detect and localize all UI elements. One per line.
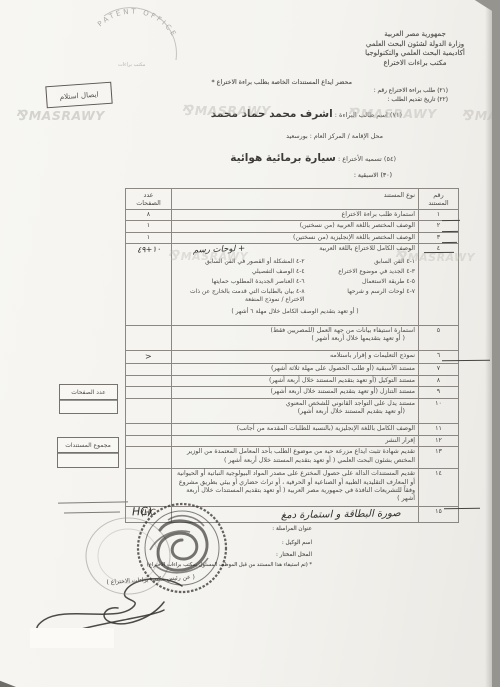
page-count-cell — [126, 398, 172, 423]
watermark-text: MASRAWY — [181, 250, 248, 263]
masrawy-watermark: ⅋MASRAWY — [16, 108, 105, 124]
watermark-text: MASRAWY — [29, 108, 105, 123]
record-title: محضر ايداع المستندات الخاصة بطلب براءة ا… — [196, 79, 352, 86]
sub-item: ٣-٤ الجديد في موضوع الاختراع — [305, 268, 415, 276]
doc-type-text: مستند التوكيل (أو تعهد بتقديم المستند خل… — [175, 377, 415, 385]
page-count-cell — [126, 375, 172, 386]
postal-stamp-icon: PATENT OFFICE مكتب براءات — [78, 0, 208, 85]
receipt-stamp-box: ايصال استلام — [45, 82, 112, 109]
masrawy-watermark: ⅋MASRAWY — [462, 108, 492, 124]
doc-type-header: نوع المستند — [172, 189, 419, 210]
page-count-header: عددالصفحات — [126, 189, 172, 210]
table-row: ٧مستند الأسبقية (أو طلب الحصول على مهلة … — [126, 364, 459, 375]
doc-type-text: إقرار النشر — [175, 437, 415, 445]
doc-type-text: الوصف الكامل باللغة الإنجليزية (بالنسبة … — [175, 425, 415, 433]
handwritten-tick-mark — [442, 231, 458, 232]
doc-type-text: مستند التنازل (أو تعهد بتقديم المستند خل… — [175, 388, 415, 396]
doc-number-cell: ١٢ — [419, 435, 459, 446]
invention-title-value: سيارة برمائية هوائية — [230, 152, 336, 164]
doc-number-cell: ١٣ — [419, 447, 459, 469]
doc-type-cell: الوصف المختصر باللغة العربية (من نسختين) — [172, 221, 419, 232]
residence-value: بورسعيد — [286, 133, 308, 140]
sub-items-right: ١-٤ الفن السابق٣-٤ الجديد في موضوع الاخت… — [305, 258, 415, 306]
letterhead-line: جمهورية مصر العربية — [345, 30, 485, 40]
sub-items-left: ٢-٤ المشكلة أو القصور في الفن السابق٤-٤ … — [175, 258, 305, 306]
masrawy-watermark: ⅋MASRAWY — [168, 248, 248, 264]
page-count-cell: ١٠+٤٩ — [126, 243, 172, 325]
doc-type-cell: مستند يدل على التواجد القانوني للشخص الم… — [172, 398, 419, 423]
sub-item: ٧-٤ لوحات الرسم و شرحها — [305, 288, 415, 296]
masrawy-logo-icon: ⅋ — [182, 103, 195, 119]
handwritten-tick-mark — [442, 242, 457, 243]
handwritten-page-count: ١٠+٤٩ — [136, 244, 160, 256]
table-row: ٩مستند التنازل (أو تعهد بتقديم المستند خ… — [126, 386, 459, 398]
page-count-cell — [126, 386, 172, 398]
doc-type-text: استمارة طلب براءة الاختراع — [175, 211, 415, 219]
documents-total-box-value — [57, 452, 119, 468]
letterhead-line: وزارة الدولة لشئون البحث العلمي — [345, 40, 485, 50]
residence-label: محل الإقامة / المركز العام : — [310, 133, 383, 140]
scan-corner — [0, 678, 16, 687]
whited-out-area — [30, 628, 114, 648]
doc-type-text: نموذج التعليمات و إقرار باستلامه — [175, 352, 415, 360]
masrawy-watermark: ⅋MASRAWY — [182, 103, 271, 119]
masrawy-logo-icon: ⅋ — [348, 106, 361, 122]
page-count-cell — [126, 435, 172, 446]
page-count-cell: ١ — [126, 221, 172, 232]
text-line: الصفحات — [129, 199, 168, 207]
table-row: ٢الوصف المختصر باللغة العربية (من نسختين… — [126, 221, 459, 232]
undertaking-note: ( أو تعهد بتقديم الوصف الكامل خلال مهلة … — [175, 308, 415, 316]
table-row: ١٢إقرار النشر — [126, 435, 459, 446]
handwritten-tick-mark — [442, 220, 460, 221]
scan-background: { "watermark": { "logo": "⅋", "text": "M… — [0, 0, 500, 687]
doc-number-cell: ١٠ — [419, 398, 459, 423]
doc-type-cell: مستند التنازل (أو تعهد بتقديم المستند خل… — [172, 386, 419, 398]
handwritten-tick-mark — [442, 360, 490, 362]
field-priority: (٣٠) الاسبقية : — [334, 172, 392, 179]
masrawy-logo-icon: ⅋ — [395, 249, 408, 265]
field-filing-date: (٢٢) تاريخ تقديم الطلب : — [366, 97, 448, 103]
letterhead: جمهورية مصر العربية وزارة الدولة لشئون ا… — [345, 30, 485, 68]
handwritten-entry: صورة البطاقة و استمارة دمغ — [281, 507, 415, 523]
table-row: ٥استمارة استيفاء بيانات من جهة العمل (لل… — [126, 325, 459, 350]
doc-type-text: مستند الأسبقية (أو طلب الحصول على مهلة ث… — [175, 365, 415, 373]
watermark-text: MASRAWY — [195, 103, 271, 118]
doc-type-text: تقديم شهادة تثبت ايداع مزرعة حية من موضو… — [175, 448, 415, 465]
handwritten-page-count: < — [145, 352, 152, 363]
table-row: ١١الوصف الكامل باللغة الإنجليزية (بالنسب… — [126, 423, 459, 435]
table-row: ٦نموذج التعليمات و إقرار باستلامه< — [126, 350, 459, 364]
doc-number-cell: ٥ — [419, 325, 459, 350]
invention-title-label: (٥٤) تسميه الأختراع : — [338, 155, 396, 163]
page-count-cell: ٨ — [126, 209, 172, 220]
doc-type-cell: الوصف المختصر باللغة الإنجليزية (من نسخت… — [172, 232, 419, 243]
doc-type-cell: مستند الأسبقية (أو طلب الحصول على مهلة ث… — [172, 364, 419, 375]
page-count-cell — [126, 447, 172, 469]
svg-text:PATENT OFFICE: PATENT OFFICE — [96, 7, 178, 39]
doc-type-cell: استمارة طلب براءة الاختراع — [172, 209, 419, 220]
letterhead-line: مكتب براءات الاختراع — [345, 59, 485, 69]
page-count-cell: ١ — [126, 232, 172, 243]
sub-item: ٤-٤ الوصف التفصيلي — [175, 268, 305, 276]
field-residence: محل الإقامة / المركز العام : بورسعيد — [293, 133, 383, 140]
doc-type-cell: استمارة استيفاء بيانات من جهة العمل (للم… — [172, 325, 419, 350]
text-line: المستند — [422, 199, 455, 207]
doc-number-cell: ٧ — [419, 364, 459, 375]
doc-type-cell: نموذج التعليمات و إقرار باستلامه — [172, 350, 419, 364]
postal-stamp-arabic: مكتب براءات — [118, 62, 146, 68]
watermark-text: MASRAWY — [408, 251, 475, 264]
masrawy-logo-icon: ⅋ — [16, 108, 29, 124]
page-count-cell — [126, 423, 172, 435]
masrawy-logo-icon: ⅋ — [168, 248, 181, 264]
sub-item: ٥-٤ طريقة الاستعمال — [305, 278, 415, 286]
undertaking-note: ( أو تعهد بتقديمها خلال أربعة أشهر ) — [175, 335, 415, 343]
text-line: رقم — [422, 191, 455, 199]
field-application-number: (٢١) طلب براءة الاختراع رقم : — [366, 88, 448, 94]
doc-type-text: الوصف المختصر باللغة العربية (من نسختين) — [175, 222, 415, 230]
page-count-cell: < — [126, 350, 172, 364]
doc-type-text: مستند يدل على التواجد القانوني للشخص الم… — [175, 400, 415, 408]
receipt-stamp-text: ايصال استلام — [59, 89, 98, 101]
doc-number-cell: ١١ — [419, 423, 459, 435]
table-row: ٣الوصف المختصر باللغة الإنجليزية (من نسخ… — [126, 232, 459, 243]
official-round-stamp-icon — [50, 468, 280, 598]
scanned-page: ⅋MASRAWY ⅋MASRAWY ⅋MASRAWY ⅋MASRAWY ⅋MAS… — [0, 0, 492, 687]
sub-item: ٦-٤ العناصر الجديدة المطلوب حمايتها — [175, 278, 305, 286]
watermark-text: MASRAWY — [361, 106, 437, 121]
handwritten-hc-mark: HC) — [132, 505, 153, 519]
sub-items: ١-٤ الفن السابق٣-٤ الجديد في موضوع الاخت… — [175, 258, 415, 306]
masrawy-watermark: ⅋MASRAWY — [395, 249, 475, 265]
doc-type-cell: مستند التوكيل (أو تعهد بتقديم المستند خل… — [172, 375, 419, 386]
doc-type-cell: تقديم شهادة تثبت ايداع مزرعة حية من موضو… — [172, 447, 419, 469]
doc-type-cell: الوصف الكامل باللغة الإنجليزية (بالنسبة … — [172, 423, 419, 435]
undertaking-note: (أو تعهد بتقديم المستند خلال أربعة أشهر) — [175, 408, 415, 416]
handwritten-tick-mark — [444, 508, 480, 510]
page-edge-shadow — [485, 0, 492, 687]
doc-number-cell: ٨ — [419, 375, 459, 386]
pages-count-box-value — [59, 399, 118, 414]
table-row: ١استمارة طلب براءة الاختراع٨ — [126, 209, 459, 220]
table-row: ١٣تقديم شهادة تثبت ايداع مزرعة حية من مو… — [126, 447, 459, 469]
doc-type-cell: إقرار النشر — [172, 435, 419, 446]
table-row: ١٠مستند يدل على التواجد القانوني للشخص ا… — [126, 398, 459, 423]
doc-number-header: رقمالمستند — [419, 189, 459, 210]
watermark-text: MASRAWY — [475, 108, 492, 123]
doc-type-text: استمارة استيفاء بيانات من جهة العمل (للم… — [175, 327, 415, 335]
text-line: عدد — [129, 191, 168, 199]
doc-number-cell: ٦ — [419, 350, 459, 364]
field-invention-title: (٥٤) تسميه الأختراع : سيارة برمائية هوائ… — [238, 152, 396, 164]
doc-type-text: الوصف المختصر باللغة الإنجليزية (من نسخت… — [175, 234, 415, 242]
doc-number-cell: ٩ — [419, 386, 459, 398]
page-count-cell — [126, 325, 172, 350]
doc-number-cell: ١٤ — [419, 469, 459, 507]
sub-item: ٨-٤ بيان بالطلبات التي قدمت بالخارج عن ذ… — [175, 288, 305, 304]
masrawy-logo-icon: ⅋ — [462, 108, 475, 124]
table-header-row: رقمالمستندنوع المستندعددالصفحات — [126, 189, 459, 210]
page-count-cell — [126, 364, 172, 375]
masrawy-watermark: ⅋MASRAWY — [348, 106, 437, 122]
postal-stamp-text: PATENT OFFICE — [96, 7, 178, 39]
letterhead-line: أكاديمية البحث العلمي والتكنولوجيا — [345, 49, 485, 59]
table-row: ٨مستند التوكيل (أو تعهد بتقديم المستند خ… — [126, 375, 459, 386]
